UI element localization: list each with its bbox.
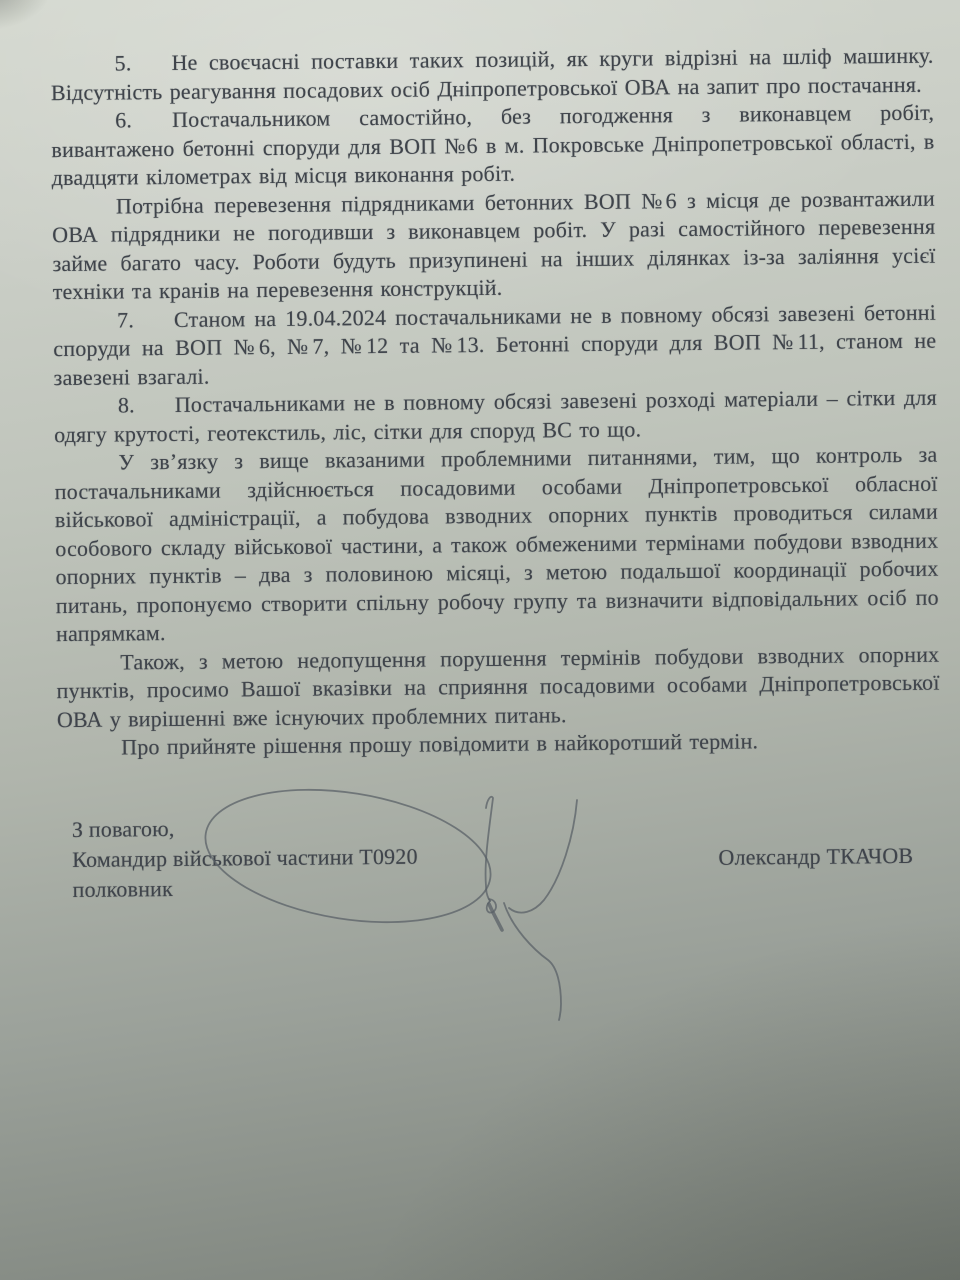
paragraph-text: Постачальником самостійно, без погодженн… — [51, 100, 934, 190]
paragraph-text: Також, з метою недопущення порушення тер… — [56, 641, 939, 731]
paragraph-text: Станом на 19.04.2024 постачальниками не … — [53, 299, 936, 389]
letter-body: 5.Не своєчасні поставки таких позицій, я… — [0, 0, 960, 763]
signature-block: З повагою, Командир військової частини Т… — [8, 806, 960, 1075]
paragraph-text: Про прийняте рішення прошу повідомити в … — [121, 728, 758, 759]
paragraph-7: 7.Станом на 19.04.2024 постачальниками н… — [53, 298, 937, 392]
paragraph-text: Постачальниками не в повному обсязі заве… — [54, 385, 937, 447]
paragraph-text: Не своєчасні поставки таких позицій, як … — [51, 43, 934, 105]
closing-paragraph-request: Також, з метою недопущення порушення тер… — [56, 640, 940, 734]
paragraph-6-continuation: Потрібна перевезення підрядниками бетонн… — [52, 184, 936, 306]
signer-name: Олександр ТКАЧОВ — [718, 840, 913, 872]
paragraph-5: 5.Не своєчасні поставки таких позицій, я… — [50, 42, 934, 107]
paragraph-number: 7. — [117, 307, 134, 332]
paragraph-number: 5. — [114, 50, 131, 75]
paragraph-number: 6. — [115, 107, 132, 132]
paragraph-text: У зв’язку з вище вказаними проблемними п… — [55, 442, 939, 646]
paragraph-6: 6.Постачальником самостійно, без погодже… — [51, 99, 935, 193]
paragraph-text: Потрібна перевезення підрядниками бетонн… — [52, 185, 935, 304]
paragraph-number: 8. — [118, 392, 135, 417]
closing-paragraph-working-group: У зв’язку з вище вказаними проблемними п… — [54, 441, 939, 649]
document-photo: 5.Не своєчасні поставки таких позицій, я… — [0, 0, 960, 1280]
document-page: 5.Не своєчасні поставки таких позицій, я… — [0, 0, 960, 1075]
paragraph-8: 8.Постачальниками не в повному обсязі за… — [54, 384, 938, 449]
